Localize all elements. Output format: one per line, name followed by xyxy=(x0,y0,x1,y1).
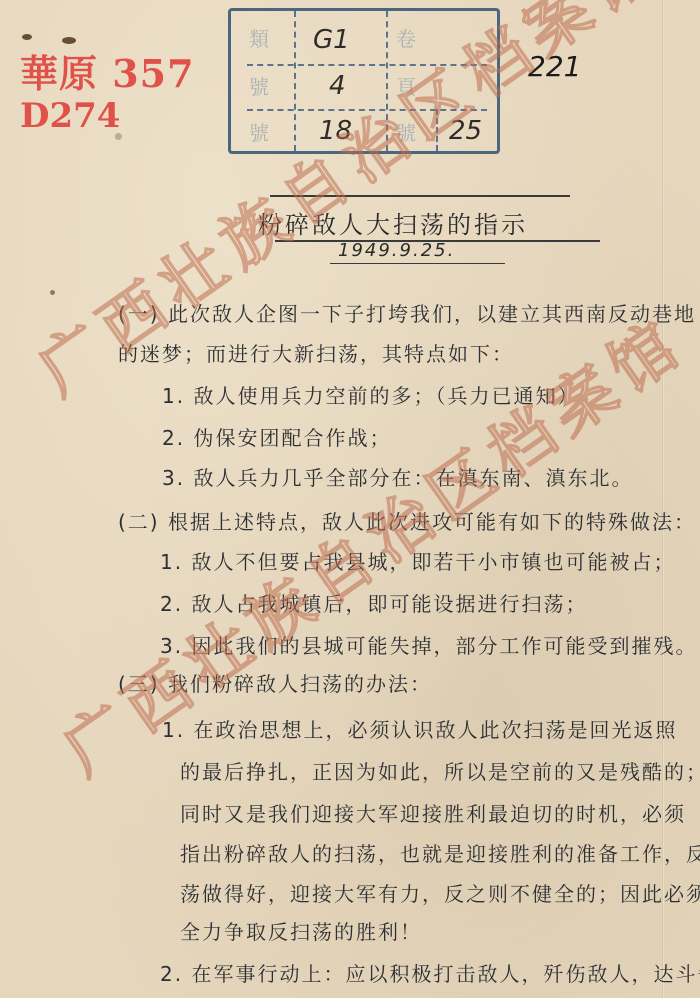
body-line: 同时又是我们迎接大军迎接胜利最迫切的时机，必须 xyxy=(180,798,686,827)
catalog-value: 4 xyxy=(329,71,346,101)
body-line: 荡做得好，迎接大军有力，反之则不健全的；因此必须要用 xyxy=(180,878,700,907)
body-line: 3. 敌人兵力几乎全部分在：在滇东南、滇东北。 xyxy=(162,462,633,491)
body-line: 2. 敌人占我城镇后，即可能设据进行扫荡； xyxy=(160,588,587,617)
body-line: (一) 此次敌人企图一下子打垮我们，以建立其西南反动巷地 xyxy=(118,298,696,327)
body-line: 2. 在军事行动上：应以积极打击敌人，歼伤敌人，达斗争中来保 xyxy=(160,958,700,987)
archive-document-page: 華原 357 D274 類 號 號 卷 頁 號 G1 4 18 25 221 粉… xyxy=(0,0,700,998)
page-number: 221 xyxy=(528,50,581,83)
record-group-value: G1 xyxy=(313,25,350,55)
document-date: 1949.9.25. xyxy=(338,240,455,261)
body-line: 的迷梦；而进行大新扫荡，其特点如下： xyxy=(118,338,514,367)
volume-value: 18 xyxy=(319,116,352,146)
faint-stamp-label: 卷 xyxy=(396,23,416,52)
grid-line xyxy=(386,11,388,151)
faint-stamp-label: 頁 xyxy=(396,71,416,100)
grid-line xyxy=(294,11,296,151)
date-underline xyxy=(330,263,505,264)
archive-stamp-number: D274 xyxy=(20,99,195,133)
grid-line xyxy=(247,64,487,66)
stain-spot xyxy=(50,290,55,295)
title-top-rule xyxy=(270,195,570,197)
body-line: (二) 根据上述特点，敌人此次进攻可能有如下的特殊做法： xyxy=(118,506,696,535)
body-line: 1. 敌人不但要占我县城，即若干小市镇也可能被占； xyxy=(160,546,675,575)
grid-line xyxy=(436,109,438,151)
faint-stamp-label: 類 xyxy=(249,23,269,52)
grid-line xyxy=(247,109,487,111)
body-line: 3. 因此我们的县城可能失掉，部分工作可能受到摧残。 xyxy=(160,630,697,659)
body-line: 全力争取反扫荡的胜利！ xyxy=(180,916,422,945)
binding-hole xyxy=(62,37,76,44)
faint-stamp-label: 號 xyxy=(396,117,416,146)
body-line: 2. 伪保安团配合作战； xyxy=(162,422,391,451)
archive-stamp-code: 華原 357 xyxy=(20,55,195,93)
body-line: 1. 敌人使用兵力空前的多；（兵力已通知） xyxy=(162,380,579,409)
body-line: 的最后挣扎，正因为如此，所以是空前的又是残酷的；但 xyxy=(180,756,700,785)
archive-stamp: 華原 357 D274 xyxy=(20,55,195,133)
faint-stamp-label: 號 xyxy=(249,71,269,100)
body-line: 指出粉碎敌人的扫荡，也就是迎接胜利的准备工作，反扫 xyxy=(180,838,700,867)
faint-stamp-label: 號 xyxy=(249,117,269,146)
document-title: 粉碎敌人大扫荡的指示 xyxy=(258,205,618,240)
registration-stamp-box: 類 號 號 卷 頁 號 G1 4 18 25 xyxy=(228,8,500,154)
body-line: 1. 在政治思想上，必须认识敌人此次扫荡是回光返照 xyxy=(162,714,677,743)
item-value: 25 xyxy=(449,116,482,146)
binding-hole xyxy=(22,34,32,40)
body-line: (三) 我们粉碎敌人扫荡的办法： xyxy=(118,668,432,697)
